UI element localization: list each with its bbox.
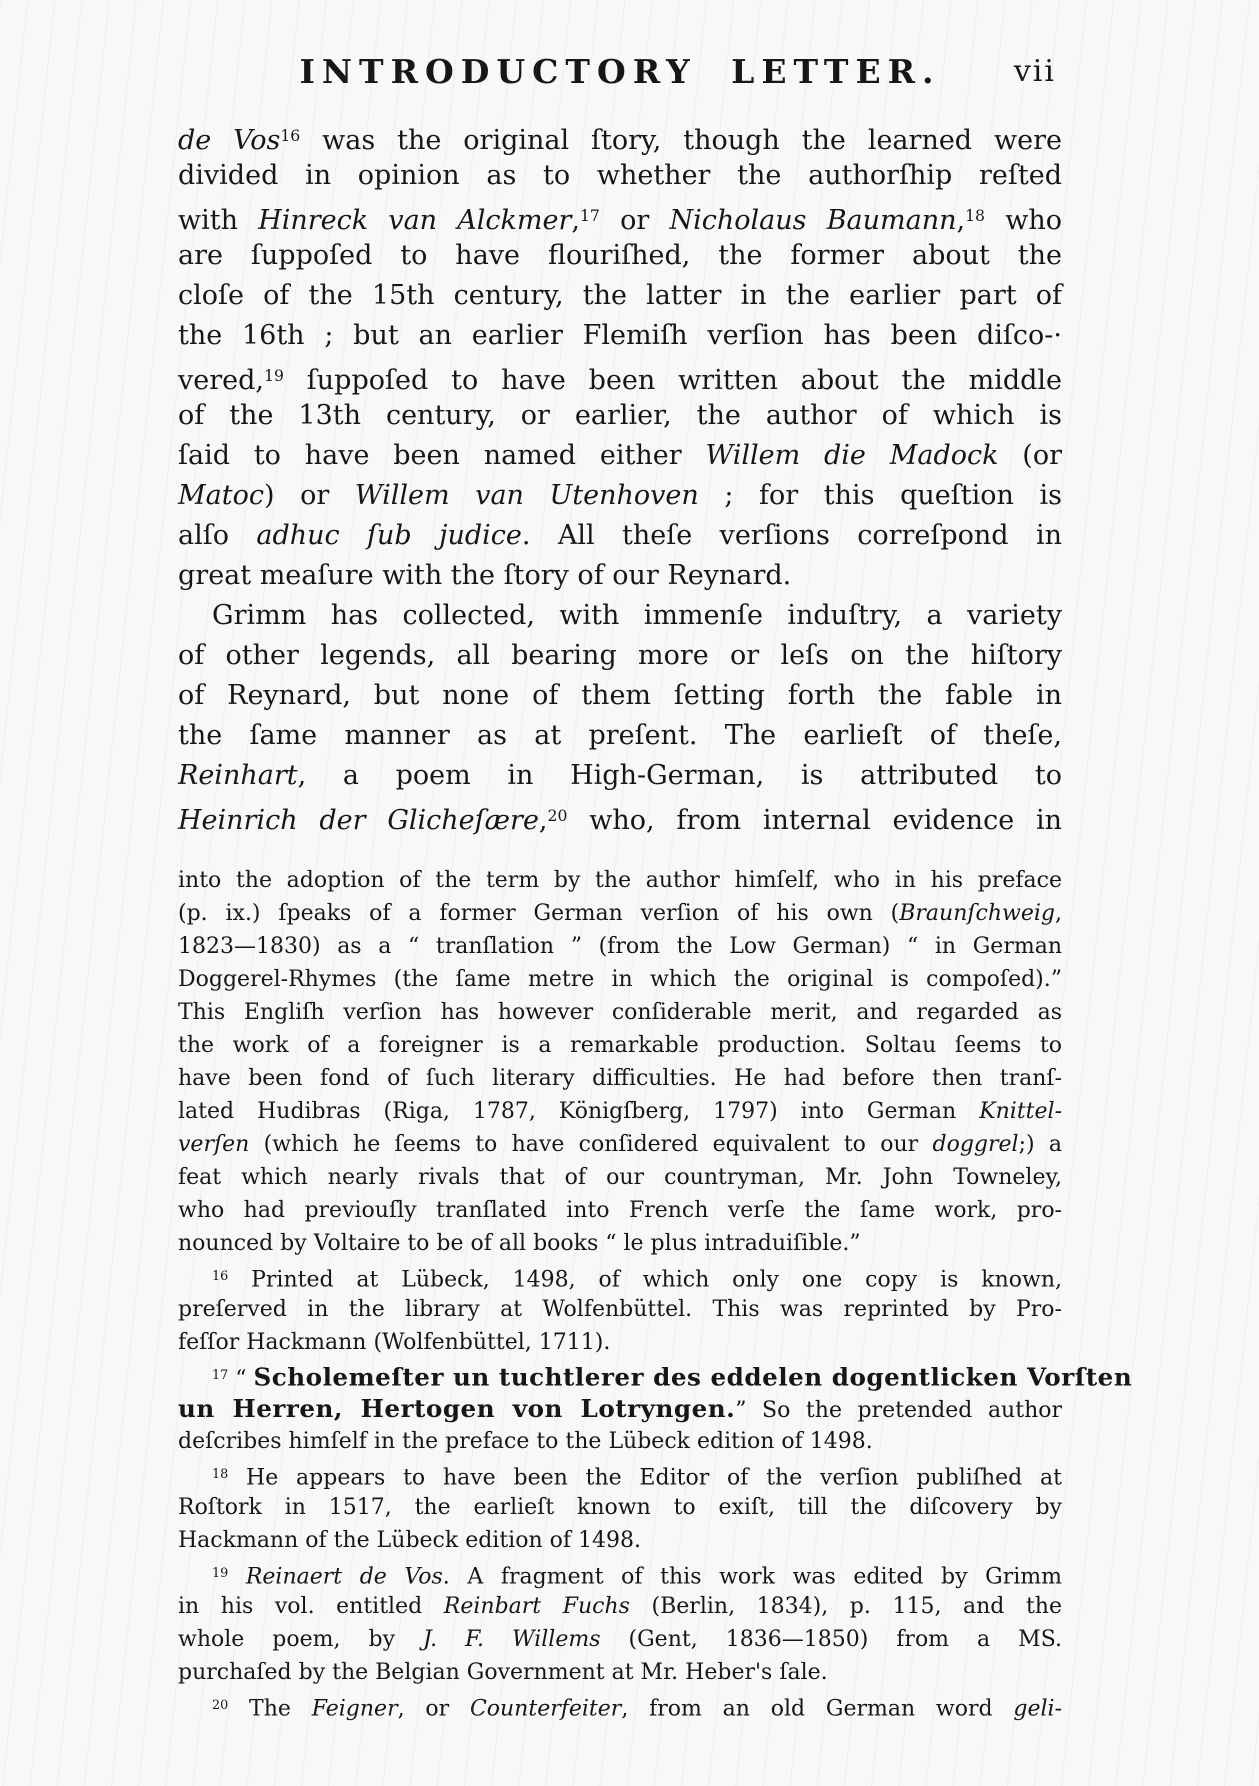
text-segment: or bbox=[600, 205, 670, 236]
text-segment: with bbox=[178, 205, 258, 236]
text-line: into the adoption of the term by the aut… bbox=[178, 864, 1062, 897]
text-segment: (which he ſeems to have conſidered equiv… bbox=[249, 1132, 932, 1157]
text-segment: whole poem, by bbox=[178, 1627, 423, 1652]
footnote-marker: 18 bbox=[212, 1467, 228, 1482]
text-segment: who had previouſly tranſlated into Frenc… bbox=[178, 1198, 1062, 1223]
text-line: (p. ix.) ſpeaks of a former German verſi… bbox=[178, 897, 1062, 930]
text-segment: (Gent, 1836—1850) from a MS. bbox=[601, 1627, 1062, 1652]
text-line: preſerved in the library at Wolfenbüttel… bbox=[178, 1293, 1062, 1326]
footnote-marker: 19 bbox=[212, 1566, 228, 1581]
text-segment: into the adoption of the term by the aut… bbox=[178, 868, 1062, 893]
page-header: INTRODUCTORY LETTER. vii bbox=[178, 52, 1062, 100]
text-segment: Willem die Madock bbox=[705, 440, 998, 471]
text-segment: 1823—1830) as a “ tranſlation ” (from th… bbox=[178, 934, 1062, 959]
paragraph: 20 The Feigner, or Counterfeiter, from a… bbox=[178, 1689, 1062, 1722]
text-segment: (Berlin, 1834), p. 115, and the bbox=[630, 1594, 1062, 1619]
text-segment: ;) a bbox=[1019, 1132, 1062, 1157]
text-line: who had previouſly tranſlated into Frenc… bbox=[178, 1194, 1062, 1227]
text-line: alſo adhuc ſub judice. All theſe verſion… bbox=[178, 516, 1062, 556]
text-line: Reinhart, a poem in High-German, is attr… bbox=[178, 756, 1062, 796]
text-segment: the ſame manner as at preſent. The earli… bbox=[178, 720, 1062, 751]
text-segment: , bbox=[539, 805, 548, 836]
text-segment: Braunſchweig bbox=[899, 901, 1055, 926]
text-line: vered,19 ſuppoſed to have been written a… bbox=[178, 356, 1062, 396]
footnote-marker: 20 bbox=[212, 1698, 228, 1713]
text-segment: , or bbox=[398, 1696, 470, 1721]
text-segment: cloſe of the 15th century, the latter in… bbox=[178, 280, 1062, 311]
text-segment: are ſuppoſed to have flouriſhed, the for… bbox=[178, 240, 1062, 271]
text-segment: J. F. Willems bbox=[423, 1627, 600, 1652]
text-segment: de Vos bbox=[178, 125, 280, 156]
text-line: whole poem, by J. F. Willems (Gent, 1836… bbox=[178, 1623, 1062, 1656]
text-segment: geli- bbox=[1013, 1696, 1062, 1721]
text-line: Roſtork in 1517, the earlieſt known to e… bbox=[178, 1491, 1062, 1524]
footnote-marker: 20 bbox=[548, 806, 568, 825]
text-segment: Willem van Utenhoven bbox=[355, 480, 699, 511]
text-line: of the 13th century, or earlier, the aut… bbox=[178, 396, 1062, 436]
text-segment: ; for this queſtion is bbox=[699, 480, 1062, 511]
text-line: the 16th ; but an earlier Flemiſh verſio… bbox=[178, 316, 1062, 356]
text-segment: Reinbart Fuchs bbox=[444, 1594, 630, 1619]
text-segment: Printed at Lübeck, 1498, of which only o… bbox=[228, 1267, 1062, 1292]
text-line: nounced by Voltaire to be of all books “… bbox=[178, 1227, 1062, 1260]
text-segment: The bbox=[228, 1696, 311, 1721]
text-line: the ſame manner as at preſent. The earli… bbox=[178, 716, 1062, 756]
text-segment: un Herren, Hertogen von Lotryngen. bbox=[178, 1394, 735, 1423]
text-line: in his vol. entitled Reinbart Fuchs (Ber… bbox=[178, 1590, 1062, 1623]
footnote-marker: 19 bbox=[264, 366, 284, 385]
footnote-marker: 16 bbox=[280, 126, 300, 145]
text-segment: , bbox=[957, 205, 966, 236]
text-segment: . A fragment of this work was edited by … bbox=[443, 1564, 1062, 1589]
text-line: Hackmann of the Lübeck edition of 1498. bbox=[178, 1524, 1062, 1557]
text-segment: Grimm has collected, with immenſe induſt… bbox=[212, 600, 1062, 631]
text-line: deſcribes himſelf in the preface to the … bbox=[178, 1425, 1062, 1458]
text-segment: Knittel- bbox=[979, 1099, 1062, 1124]
paragraph: 17 “ Scholemeſter un tuchtlerer des edde… bbox=[178, 1359, 1062, 1458]
text-segment: deſcribes himſelf in the preface to the … bbox=[178, 1429, 873, 1454]
text-segment: He appears to have been the Editor of th… bbox=[228, 1465, 1062, 1490]
text-segment: doggrel bbox=[933, 1132, 1019, 1157]
text-segment: purchaſed by the Belgian Government at M… bbox=[178, 1660, 828, 1685]
footnotes-section: into the adoption of the term by the aut… bbox=[178, 864, 1062, 1722]
text-segment: verſen bbox=[178, 1132, 249, 1157]
text-segment: ” So the pretended author bbox=[735, 1398, 1062, 1423]
text-segment: (or bbox=[999, 440, 1063, 471]
text-segment: the work of a foreigner is a remarkable … bbox=[178, 1033, 1062, 1058]
page-number: vii bbox=[1014, 54, 1056, 89]
text-segment: of Reynard, but none of them ſetting for… bbox=[178, 680, 1062, 711]
text-segment: Roſtork in 1517, the earlieſt known to e… bbox=[178, 1495, 1062, 1520]
text-line: 18 He appears to have been the Editor of… bbox=[178, 1458, 1062, 1491]
text-segment: have been fond of ſuch literary difficul… bbox=[178, 1066, 1062, 1091]
text-segment: , a poem in High-German, is attributed t… bbox=[298, 760, 1062, 791]
text-segment: feat which nearly rivals that of our cou… bbox=[178, 1165, 1062, 1190]
book-page: INTRODUCTORY LETTER. vii de Vos16 was th… bbox=[0, 0, 1259, 1786]
text-segment: , bbox=[571, 205, 580, 236]
paragraph: Grimm has collected, with immenſe induſt… bbox=[178, 596, 1062, 836]
text-segment: adhuc ſub judice bbox=[256, 520, 522, 551]
text-line: have been fond of ſuch literary difficul… bbox=[178, 1062, 1062, 1095]
text-segment: Reinaert de Vos bbox=[246, 1564, 443, 1589]
text-line: of other legends, all bearing more or le… bbox=[178, 636, 1062, 676]
text-line: are ſuppoſed to have flouriſhed, the for… bbox=[178, 236, 1062, 276]
body-text: de Vos16 was the original ſtory, though … bbox=[178, 116, 1062, 836]
text-line: ſaid to have been named either Willem di… bbox=[178, 436, 1062, 476]
text-segment: nounced by Voltaire to be of all books “… bbox=[178, 1231, 861, 1256]
text-line: great meaſure with the ſtory of our Reyn… bbox=[178, 556, 1062, 596]
text-line: Grimm has collected, with immenſe induſt… bbox=[178, 596, 1062, 636]
paragraph: 19 Reinaert de Vos. A fragment of this w… bbox=[178, 1557, 1062, 1689]
text-line: of Reynard, but none of them ſetting for… bbox=[178, 676, 1062, 716]
text-segment: Heinrich der Glicheſære bbox=[178, 805, 539, 836]
text-segment: the 16th ; but an earlier Flemiſh verſio… bbox=[178, 320, 1062, 351]
text-line: feſſor Hackmann (Wolfenbüttel, 1711). bbox=[178, 1326, 1062, 1359]
text-segment: lated Hudibras (Riga, 1787, Königſberg, … bbox=[178, 1099, 979, 1124]
page-title: INTRODUCTORY LETTER. bbox=[178, 52, 1062, 91]
text-segment: (p. ix.) ſpeaks of a former German verſi… bbox=[178, 901, 899, 926]
text-line: divided in opinion as to whether the aut… bbox=[178, 156, 1062, 196]
text-line: verſen (which he ſeems to have conſidere… bbox=[178, 1128, 1062, 1161]
text-line: feat which nearly rivals that of our cou… bbox=[178, 1161, 1062, 1194]
text-line: 20 The Feigner, or Counterfeiter, from a… bbox=[178, 1689, 1062, 1722]
text-segment: Reinhart bbox=[178, 760, 298, 791]
text-line: 17 “ Scholemeſter un tuchtlerer des edde… bbox=[178, 1359, 1062, 1392]
text-segment: preſerved in the library at Wolfenbüttel… bbox=[178, 1297, 1062, 1322]
text-segment: Feigner bbox=[312, 1696, 398, 1721]
text-segment: Matoc bbox=[178, 480, 264, 511]
text-segment: ſuppoſed to have been written about the … bbox=[284, 365, 1062, 396]
text-segment: . All theſe verſions correſpond in bbox=[522, 520, 1062, 551]
text-segment: vered, bbox=[178, 365, 264, 396]
text-segment: “ bbox=[228, 1366, 253, 1391]
text-line: 1823—1830) as a “ tranſlation ” (from th… bbox=[178, 930, 1062, 963]
paragraph: 16 Printed at Lübeck, 1498, of which onl… bbox=[178, 1260, 1062, 1359]
text-segment: of the 13th century, or earlier, the aut… bbox=[178, 400, 1062, 431]
text-line: lated Hudibras (Riga, 1787, Königſberg, … bbox=[178, 1095, 1062, 1128]
text-segment: was the original ſtory, though the learn… bbox=[300, 125, 1062, 156]
text-segment: ) or bbox=[264, 480, 355, 511]
text-line: un Herren, Hertogen von Lotryngen.” So t… bbox=[178, 1392, 1062, 1425]
text-line: 19 Reinaert de Vos. A fragment of this w… bbox=[178, 1557, 1062, 1590]
text-segment bbox=[228, 1564, 246, 1589]
text-line: This Engliſh verſion has however conſide… bbox=[178, 996, 1062, 1029]
text-segment: This Engliſh verſion has however conſide… bbox=[178, 1000, 1062, 1025]
paragraph: 18 He appears to have been the Editor of… bbox=[178, 1458, 1062, 1557]
paragraph: into the adoption of the term by the aut… bbox=[178, 864, 1062, 1260]
text-line: de Vos16 was the original ſtory, though … bbox=[178, 116, 1062, 156]
text-line: Heinrich der Glicheſære,20 who, from int… bbox=[178, 796, 1062, 836]
text-line: 16 Printed at Lübeck, 1498, of which onl… bbox=[178, 1260, 1062, 1293]
text-segment: who bbox=[985, 205, 1062, 236]
text-segment: Doggerel-Rhymes (the ſame metre in which… bbox=[178, 967, 1062, 992]
text-segment: alſo bbox=[178, 520, 256, 551]
text-segment: Hinreck van Alckmer bbox=[258, 205, 571, 236]
text-segment: divided in opinion as to whether the aut… bbox=[178, 160, 1062, 191]
text-segment: who, from internal evidence in bbox=[567, 805, 1062, 836]
text-segment: Scholemeſter un tuchtlerer des eddelen d… bbox=[253, 1362, 1132, 1391]
footnote-marker: 16 bbox=[212, 1269, 228, 1284]
text-line: the work of a foreigner is a remarkable … bbox=[178, 1029, 1062, 1062]
text-segment: in his vol. entitled bbox=[178, 1594, 444, 1619]
text-line: purchaſed by the Belgian Government at M… bbox=[178, 1656, 1062, 1689]
footnote-marker: 17 bbox=[212, 1368, 228, 1383]
text-segment: Counterfeiter bbox=[470, 1696, 621, 1721]
text-segment: great meaſure with the ſtory of our Reyn… bbox=[178, 560, 791, 591]
paragraph: de Vos16 was the original ſtory, though … bbox=[178, 116, 1062, 596]
text-line: Doggerel-Rhymes (the ſame metre in which… bbox=[178, 963, 1062, 996]
text-segment: , from an old German word bbox=[621, 1696, 1013, 1721]
text-segment: feſſor Hackmann (Wolfenbüttel, 1711). bbox=[178, 1330, 610, 1355]
text-line: with Hinreck van Alckmer,17 or Nicholaus… bbox=[178, 196, 1062, 236]
text-segment: Nicholaus Baumann bbox=[669, 205, 956, 236]
text-line: Matoc) or Willem van Utenhoven ; for thi… bbox=[178, 476, 1062, 516]
text-segment: of other legends, all bearing more or le… bbox=[178, 640, 1062, 671]
text-segment: Hackmann of the Lübeck edition of 1498. bbox=[178, 1528, 641, 1553]
footnote-marker: 17 bbox=[580, 206, 600, 225]
text-line: cloſe of the 15th century, the latter in… bbox=[178, 276, 1062, 316]
footnote-marker: 18 bbox=[965, 206, 985, 225]
text-segment: ſaid to have been named either bbox=[178, 440, 705, 471]
text-segment: , bbox=[1055, 901, 1062, 926]
